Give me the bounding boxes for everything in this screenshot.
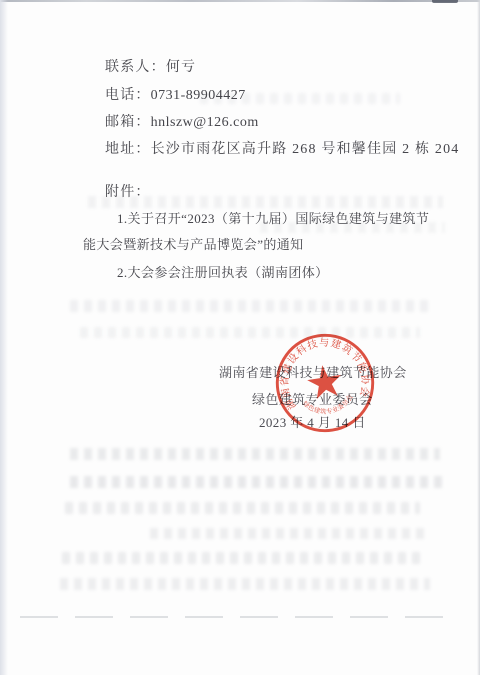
- contact-person-label: 联系人：: [105, 60, 166, 75]
- attachment-item-1-line-2: 能大会暨新技术与产品博览会”的通知: [83, 234, 304, 253]
- scanned-document-page: 联系人：何亏 电话：0731-89904427 邮箱：hnlszw@126.co…: [0, 0, 480, 675]
- bleed-through: [70, 448, 440, 460]
- scan-fold-line: [20, 616, 460, 618]
- address-line: 地址：长沙市雨花区高升路 268 号和馨佳园 2 栋 204: [105, 138, 460, 158]
- email-value: hnlszw@126.com: [151, 115, 259, 130]
- email-label: 邮箱：: [105, 115, 151, 130]
- phone-value: 0731-89904427: [151, 88, 246, 103]
- email-line: 邮箱：hnlszw@126.com: [105, 111, 259, 131]
- attachment-item-2: 2.大会参会注册回执表（湖南团体）: [117, 262, 329, 281]
- scan-edge-top: [0, 0, 480, 2]
- bleed-through: [60, 578, 430, 590]
- attachments-heading: 附件：: [105, 181, 151, 201]
- bleed-through: [150, 528, 430, 539]
- bleed-through: [65, 502, 420, 514]
- contact-person-value: 何亏: [166, 60, 196, 75]
- scan-edge-left: [0, 0, 8, 675]
- bleed-through: [62, 552, 420, 564]
- phone-line: 电话：0731-89904427: [105, 84, 246, 104]
- address-value: 长沙市雨花区高升路 268 号和馨佳园 2 栋 204: [151, 142, 460, 157]
- bleed-through: [70, 476, 445, 488]
- address-label: 地址：: [105, 142, 151, 157]
- phone-label: 电话：: [105, 88, 151, 103]
- contact-person-line: 联系人：何亏: [105, 56, 196, 76]
- star-icon: [305, 363, 344, 401]
- scan-corner-mark: [432, 0, 458, 3]
- seal-bottom-text: 绿色建筑专业委员会: [300, 391, 357, 419]
- bleed-through: [70, 300, 430, 312]
- official-seal: 湖南省建设科技与建筑节能协会 绿色建筑专业委员会: [264, 322, 385, 443]
- attachment-item-1-line-1: 1.关于召开“2023（第十九届）国际绿色建筑与建筑节: [117, 208, 429, 227]
